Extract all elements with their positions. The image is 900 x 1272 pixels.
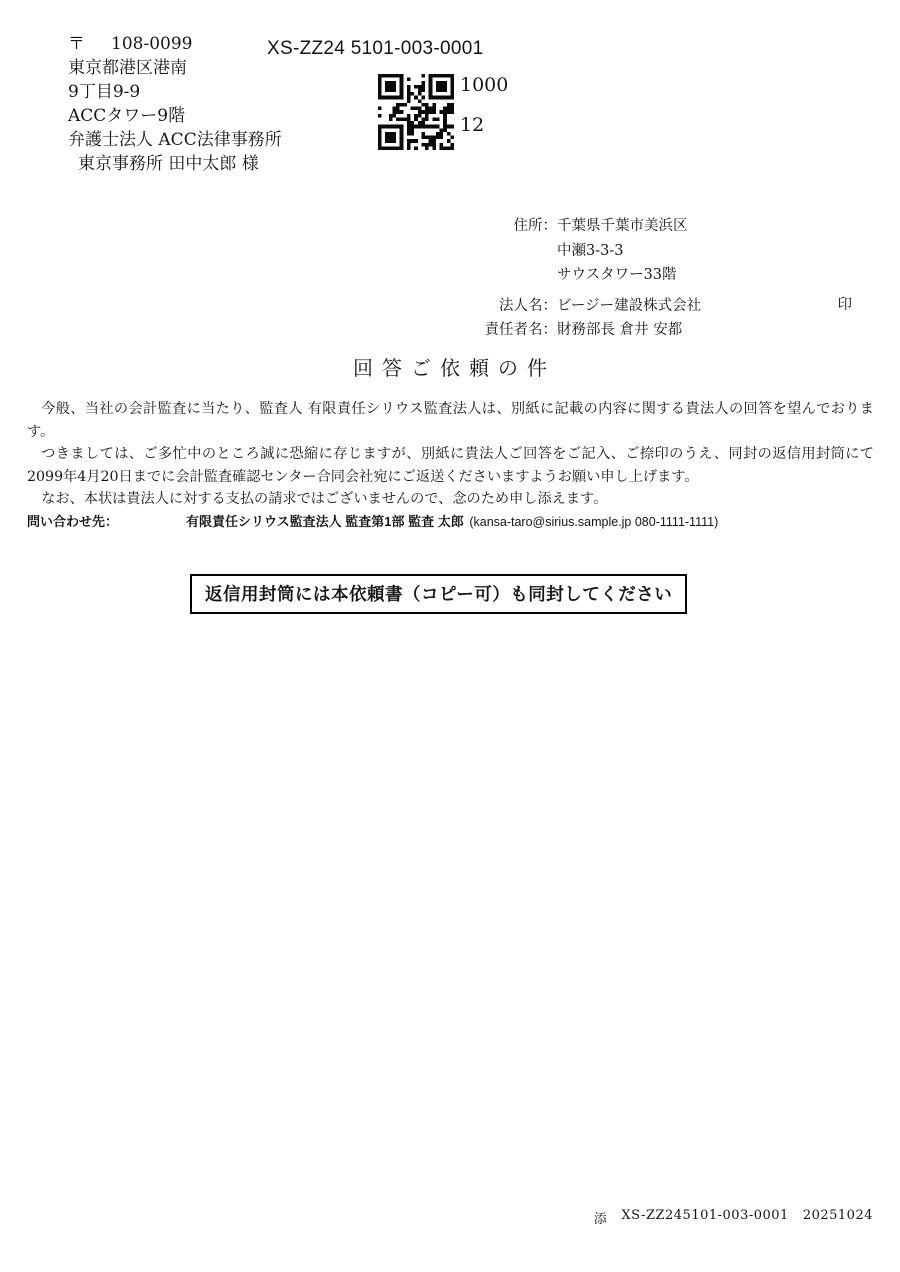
sender-officer-row: 責任者名： 財務部長 倉井 安都 (440, 318, 880, 343)
sender-address-line: サウスタワー33階 (557, 263, 880, 288)
qr-code (378, 72, 454, 152)
body-paragraph: 今般、当社の会計監査に当たり、監査人 有限責任シリウス監査法人は、別紙に記載の内… (27, 398, 874, 443)
sender-address-row: 住所： 千葉県千葉市美浜区 (440, 214, 880, 239)
sender-address-label: 住所： (440, 214, 557, 239)
seal-mark: 印 (838, 293, 853, 318)
sender-address-row: 中瀬3-3-3 (440, 239, 880, 264)
addressee-name: 東京事務所 田中太郎 様 (68, 152, 282, 176)
body-paragraph: つきましては、ご多忙中のところ誠に恐縮に存じますが、別紙に貴法人ご回答をご記入、… (27, 443, 874, 488)
letter-body: 今般、当社の会計監査に当たり、監査人 有限責任シリウス監査法人は、別紙に記載の内… (27, 398, 874, 511)
document-title: 回答ご依頼の件 (0, 352, 900, 381)
contact-name: 有限責任シリウス監査法人 監査第1部 監査 太郎 (186, 514, 464, 529)
footer-date: 20251024 (803, 1208, 873, 1227)
enclosure-notice-text: 返信用封筒には本依頼書（コピー可）も同封してください (205, 584, 672, 604)
recipient-address-block: 〒 108-0099 東京都港区港南 9丁目9-9 ACCタワー9階 弁護士法人… (68, 32, 282, 176)
body-paragraph: なお、本状は貴法人に対する支払の請求ではございませんので、念のため申し添えます。 (27, 488, 874, 511)
contact-line: 問い合わせ先：有限責任シリウス監査法人 監査第1部 監査 太郎 (kansa-t… (27, 512, 874, 532)
recipient-address-line: 東京都港区港南 (68, 56, 282, 80)
sender-address-line: 中瀬3-3-3 (557, 239, 880, 264)
footer-reference: 添 XS-ZZ245101-003-0001 20251024 (594, 1208, 873, 1227)
recipient-address-line: ACCタワー9階 (68, 104, 282, 128)
footer-prefix: 添 (594, 1208, 608, 1227)
sender-officer-label: 責任者名： (440, 318, 557, 343)
recipient-address-line: 弁護士法人 ACC法律事務所 (68, 128, 282, 152)
qr-code-icon (378, 72, 454, 152)
postal-code: 108-0099 (111, 32, 192, 56)
sender-address-line: 千葉県千葉市美浜区 (557, 214, 880, 239)
sender-company-label: 法人名： (440, 294, 557, 319)
enclosure-notice-box: 返信用封筒には本依頼書（コピー可）も同封してください (190, 574, 687, 614)
contact-detail: (kansa-taro@sirius.sample.jp 080-1111-11… (469, 515, 718, 529)
sender-officer-name: 財務部長 倉井 安都 (557, 318, 880, 343)
footer-code: XS-ZZ245101-003-0001 (621, 1208, 788, 1227)
recipient-address-line: 9丁目9-9 (68, 80, 282, 104)
document-number: XS-ZZ24 5101-003-0001 (267, 38, 484, 60)
sender-company-row: 法人名： ビージー建設株式会社 (440, 294, 880, 319)
postal-mark: 〒 (68, 32, 85, 56)
sender-address-row: サウスタワー33階 (440, 263, 880, 288)
qr-value-bottom: 12 (460, 114, 484, 136)
qr-value-top: 1000 (460, 74, 508, 96)
recipient-postal-row: 〒 108-0099 (68, 32, 282, 56)
letter-page: 〒 108-0099 東京都港区港南 9丁目9-9 ACCタワー9階 弁護士法人… (0, 0, 900, 1272)
sender-block: 住所： 千葉県千葉市美浜区 中瀬3-3-3 サウスタワー33階 法人名： ビージ… (440, 214, 880, 343)
contact-label: 問い合わせ先： (27, 514, 118, 529)
sender-company-name: ビージー建設株式会社 (557, 294, 880, 319)
